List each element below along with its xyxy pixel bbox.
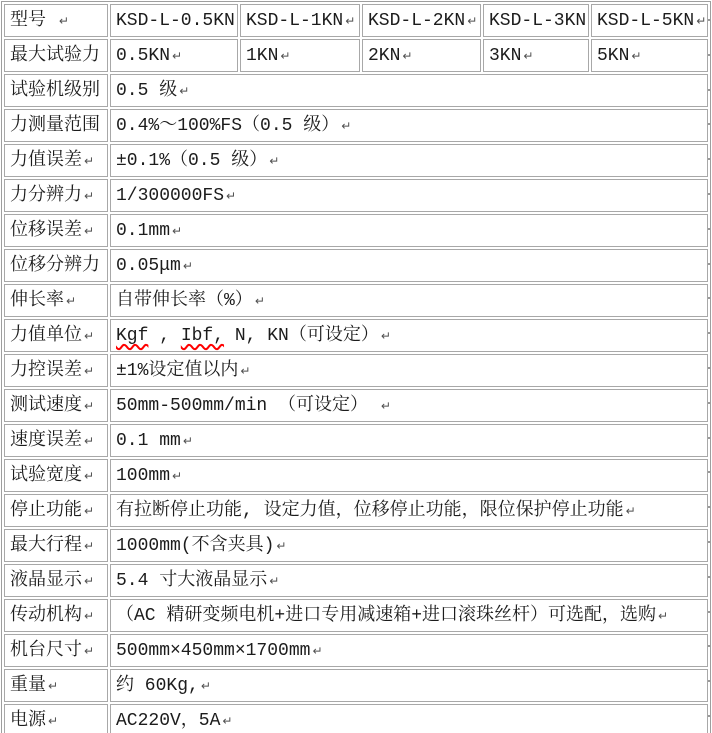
row-label-text: 型号 (10, 11, 57, 31)
cell-value: 有拉断停止功能, 设定力值，位移停止功能，限位保护停止功能↵ (110, 494, 708, 527)
paragraph-mark-icon: ↵ (172, 49, 182, 63)
cell-text: 0.5 级 (116, 81, 177, 101)
cell-value: 1/300000FS↵ (110, 179, 708, 212)
row-label-text: 传动机构 (10, 606, 82, 626)
row-end-dot (708, 506, 710, 508)
cell-value: 0.05μm↵ (110, 249, 708, 282)
cell-value: KSD-L-2KN↵ (362, 4, 481, 37)
row-label: 速度误差↵ (4, 424, 108, 457)
row-label: 传动机构↵ (4, 599, 108, 632)
table-row: 机台尺寸↵500mm×450mm×1700mm↵ (4, 634, 708, 667)
table-row: 位移分辨力0.05μm↵ (4, 249, 708, 282)
cell-value: KSD-L-5KN↵ (591, 4, 708, 37)
row-label-text: 机台尺寸 (10, 641, 82, 661)
cell-text: 5.4 寸大液晶显示 (116, 571, 267, 591)
misspelled-word: Kgf (116, 326, 148, 346)
row-end-dot (708, 228, 710, 230)
row-label: 停止功能↵ (4, 494, 108, 527)
cell-text: KSD-L-1KN (246, 11, 343, 31)
misspelled-word: Ibf, (181, 326, 224, 346)
paragraph-mark-icon: ↵ (226, 189, 236, 203)
row-label: 电源↵ (4, 704, 108, 733)
table-row: 试验机级别0.5 级↵ (4, 74, 708, 107)
table-row: 型号 ↵KSD-L-0.5KN↵KSD-L-1KN↵KSD-L-2KN↵KSD-… (4, 4, 708, 37)
row-label-text: 力值误差 (10, 151, 82, 171)
table-row: 重量↵约 60Kg,↵ (4, 669, 708, 702)
row-end-dot (708, 576, 710, 578)
cell-text: 0.5KN (116, 46, 170, 66)
table-row: 测试速度↵50mm-500mm/min （可设定） ↵ (4, 389, 708, 422)
paragraph-mark-icon: ↵ (84, 224, 94, 238)
row-label: 测试速度↵ (4, 389, 108, 422)
paragraph-mark-icon: ↵ (402, 49, 412, 63)
paragraph-mark-icon: ↵ (48, 679, 58, 693)
paragraph-mark-icon: ↵ (276, 539, 286, 553)
row-label: 最大试验力 (4, 39, 108, 72)
cell-value: ±0.1%（0.5 级）↵ (110, 144, 708, 177)
paragraph-mark-icon: ↵ (84, 609, 94, 623)
cell-text: 1KN (246, 46, 278, 66)
row-label: 液晶显示↵ (4, 564, 108, 597)
paragraph-mark-icon: ↵ (172, 469, 182, 483)
table-row: 力控误差↵±1%设定值以内↵ (4, 354, 708, 387)
row-label-text: 试验机级别 (10, 81, 100, 101)
cell-value: 0.4%～100%FS（0.5 级）↵ (110, 109, 708, 142)
paragraph-mark-icon: ↵ (381, 399, 391, 413)
row-end-dot (708, 332, 710, 334)
paragraph-mark-icon: ↵ (84, 434, 94, 448)
row-end-dot (708, 437, 710, 439)
cell-text: 50mm-500mm/min （可设定） (116, 396, 379, 416)
row-label: 试验机级别 (4, 74, 108, 107)
paragraph-mark-icon: ↵ (172, 224, 182, 238)
cell-text: 0.1mm (116, 221, 170, 241)
paragraph-mark-icon: ↵ (626, 504, 636, 518)
row-label-text: 液晶显示 (10, 571, 82, 591)
cell-value: 5KN↵ (591, 39, 708, 72)
row-end-dot (708, 402, 710, 404)
row-label-text: 力值单位 (10, 326, 82, 346)
cell-value: 3KN↵ (483, 39, 589, 72)
row-label-text: 力分辨力 (10, 186, 82, 206)
paragraph-mark-icon: ↵ (84, 189, 94, 203)
row-end-dot (708, 715, 710, 717)
row-label: 力控误差↵ (4, 354, 108, 387)
row-label: 伸长率↵ (4, 284, 108, 317)
row-label-text: 力测量范围 (10, 116, 100, 136)
cell-text: 3KN (489, 46, 521, 66)
cell-value: 5.4 寸大液晶显示↵ (110, 564, 708, 597)
table-row: 电源↵AC220V，5A↵ (4, 704, 708, 733)
paragraph-mark-icon: ↵ (84, 504, 94, 518)
table-row: 传动机构↵（AC 精研变频电机+进口专用减速箱+进口滚珠丝杆）可选配，选购↵ (4, 599, 708, 632)
row-label-text: 位移误差 (10, 221, 82, 241)
row-label-text: 最大试验力 (10, 46, 100, 66)
cell-text: 约 60Kg, (116, 676, 199, 696)
table-row: 最大试验力0.5KN↵1KN↵2KN↵3KN↵5KN↵ (4, 39, 708, 72)
paragraph-mark-icon: ↵ (345, 14, 355, 28)
table-row: 液晶显示↵5.4 寸大液晶显示↵ (4, 564, 708, 597)
row-end-dot (708, 123, 710, 125)
row-end-dot (708, 158, 710, 160)
cell-text: KSD-L-5KN (597, 11, 694, 31)
row-label: 力测量范围 (4, 109, 108, 142)
row-label: 机台尺寸↵ (4, 634, 108, 667)
table-row: 力测量范围0.4%～100%FS（0.5 级）↵ (4, 109, 708, 142)
cell-text: ±0.1%（0.5 级） (116, 151, 267, 171)
paragraph-mark-icon: ↵ (183, 434, 193, 448)
cell-text: KSD-L-3KN (489, 11, 586, 31)
row-label-text: 电源 (10, 711, 46, 731)
cell-text: 有拉断停止功能, 设定力值，位移停止功能，限位保护停止功能 (116, 501, 624, 521)
row-end-dot (708, 19, 710, 21)
cell-text: （AC 精研变频电机+进口专用减速箱+进口滚珠丝杆）可选配，选购 (116, 606, 656, 626)
cell-value: 0.1mm↵ (110, 214, 708, 247)
row-label-text: 测试速度 (10, 396, 82, 416)
row-label: 最大行程↵ (4, 529, 108, 562)
paragraph-mark-icon: ↵ (84, 399, 94, 413)
cell-text: 5KN (597, 46, 629, 66)
cell-text: 500mm×450mm×1700mm (116, 641, 310, 661)
cell-value: （AC 精研变频电机+进口专用减速箱+进口滚珠丝杆）可选配，选购↵ (110, 599, 708, 632)
paragraph-mark-icon: ↵ (66, 294, 76, 308)
cell-value: 500mm×450mm×1700mm↵ (110, 634, 708, 667)
cell-text: 1000mm(不含夹具) (116, 536, 274, 556)
paragraph-mark-icon: ↵ (84, 364, 94, 378)
cell-text: AC220V，5A (116, 711, 220, 731)
table-row: 力值误差↵±0.1%（0.5 级）↵ (4, 144, 708, 177)
paragraph-mark-icon: ↵ (237, 14, 238, 28)
cell-value: 0.1 mm↵ (110, 424, 708, 457)
cell-value: 自带伸长率（%）↵ (110, 284, 708, 317)
cell-value: 约 60Kg,↵ (110, 669, 708, 702)
row-end-dot (708, 297, 710, 299)
cell-value: 2KN↵ (362, 39, 481, 72)
paragraph-mark-icon: ↵ (179, 84, 189, 98)
paragraph-mark-icon: ↵ (255, 294, 265, 308)
paragraph-mark-icon: ↵ (84, 329, 94, 343)
row-label-text: 位移分辨力 (10, 256, 100, 276)
row-label-text: 停止功能 (10, 501, 82, 521)
paragraph-mark-icon: ↵ (201, 679, 211, 693)
row-end-dot (708, 193, 710, 195)
paragraph-mark-icon: ↵ (84, 469, 94, 483)
row-label: 试验宽度↵ (4, 459, 108, 492)
paragraph-mark-icon: ↵ (84, 154, 94, 168)
cell-value: 50mm-500mm/min （可设定） ↵ (110, 389, 708, 422)
table-row: 位移误差↵0.1mm↵ (4, 214, 708, 247)
paragraph-mark-icon: ↵ (84, 574, 94, 588)
cell-value: 1000mm(不含夹具)↵ (110, 529, 708, 562)
spec-table-body: 型号 ↵KSD-L-0.5KN↵KSD-L-1KN↵KSD-L-2KN↵KSD-… (4, 4, 708, 733)
paragraph-mark-icon: ↵ (523, 49, 533, 63)
paragraph-mark-icon: ↵ (269, 574, 279, 588)
row-label: 型号 ↵ (4, 4, 108, 37)
cell-text: 0.05μm (116, 256, 181, 276)
cell-text: ±1%设定值以内 (116, 361, 238, 381)
table-row: 力值单位↵Kgf , Ibf, N, KN（可设定）↵ (4, 319, 708, 352)
cell-text-part: , (148, 326, 180, 346)
cell-text: KSD-L-2KN (368, 11, 465, 31)
cell-text: 100mm (116, 466, 170, 486)
paragraph-mark-icon: ↵ (280, 49, 290, 63)
paragraph-mark-icon: ↵ (240, 364, 250, 378)
table-row: 最大行程↵1000mm(不含夹具)↵ (4, 529, 708, 562)
paragraph-mark-icon: ↵ (588, 14, 589, 28)
paragraph-mark-icon: ↵ (696, 14, 706, 28)
cell-value: KSD-L-0.5KN↵ (110, 4, 238, 37)
spec-table: 型号 ↵KSD-L-0.5KN↵KSD-L-1KN↵KSD-L-2KN↵KSD-… (1, 1, 711, 733)
row-end-dot (708, 611, 710, 613)
cell-value: ±1%设定值以内↵ (110, 354, 708, 387)
cell-text: 0.1 mm (116, 431, 181, 451)
row-label-text: 最大行程 (10, 536, 82, 556)
row-end-dot (708, 54, 710, 56)
cell-text-part: N, KN（可设定） (224, 326, 379, 346)
row-label-text: 速度误差 (10, 431, 82, 451)
table-row: 停止功能↵有拉断停止功能, 设定力值，位移停止功能，限位保护停止功能↵ (4, 494, 708, 527)
paragraph-mark-icon: ↵ (631, 49, 641, 63)
paragraph-mark-icon: ↵ (269, 154, 279, 168)
cell-text: KSD-L-0.5KN (116, 11, 235, 31)
paragraph-mark-icon: ↵ (183, 259, 193, 273)
cell-value: KSD-L-1KN↵ (240, 4, 360, 37)
paragraph-mark-icon: ↵ (341, 119, 351, 133)
row-end-dot (708, 541, 710, 543)
table-row: 速度误差↵0.1 mm↵ (4, 424, 708, 457)
cell-value: 100mm↵ (110, 459, 708, 492)
row-label-text: 重量 (10, 676, 46, 696)
cell-value: 0.5KN↵ (110, 39, 238, 72)
table-row: 试验宽度↵100mm↵ (4, 459, 708, 492)
cell-value: 1KN↵ (240, 39, 360, 72)
page: { "colors": { "table_border": "#9e9e9e",… (0, 0, 712, 733)
row-label: 力值单位↵ (4, 319, 108, 352)
table-row: 伸长率↵自带伸长率（%）↵ (4, 284, 708, 317)
cell-text: 自带伸长率（%） (116, 291, 253, 311)
cell-text: 2KN (368, 46, 400, 66)
row-label: 位移误差↵ (4, 214, 108, 247)
row-label-text: 伸长率 (10, 291, 64, 311)
row-label: 重量↵ (4, 669, 108, 702)
cell-text: 0.4%～100%FS（0.5 级） (116, 116, 339, 136)
row-label: 力值误差↵ (4, 144, 108, 177)
paragraph-mark-icon: ↵ (222, 714, 232, 728)
cell-text: 1/300000FS (116, 186, 224, 206)
row-end-dot (708, 263, 710, 265)
paragraph-mark-icon: ↵ (381, 329, 391, 343)
paragraph-mark-icon: ↵ (48, 714, 58, 728)
row-end-dot (708, 89, 710, 91)
table-row: 力分辨力↵1/300000FS↵ (4, 179, 708, 212)
cell-value: AC220V，5A↵ (110, 704, 708, 733)
paragraph-mark-icon: ↵ (59, 14, 69, 28)
cell-value: Kgf , Ibf, N, KN（可设定）↵ (110, 319, 708, 352)
paragraph-mark-icon: ↵ (312, 644, 322, 658)
row-label-text: 试验宽度 (10, 466, 82, 486)
row-end-dot (708, 645, 710, 647)
row-label: 位移分辨力 (4, 249, 108, 282)
row-end-dot (708, 367, 710, 369)
paragraph-mark-icon: ↵ (84, 644, 94, 658)
paragraph-mark-icon: ↵ (84, 539, 94, 553)
row-label-text: 力控误差 (10, 361, 82, 381)
paragraph-mark-icon: ↵ (658, 609, 668, 623)
cell-value: KSD-L-3KN↵ (483, 4, 589, 37)
row-end-dot (708, 680, 710, 682)
paragraph-mark-icon: ↵ (467, 14, 477, 28)
row-end-dot (708, 471, 710, 473)
row-label: 力分辨力↵ (4, 179, 108, 212)
cell-value: 0.5 级↵ (110, 74, 708, 107)
